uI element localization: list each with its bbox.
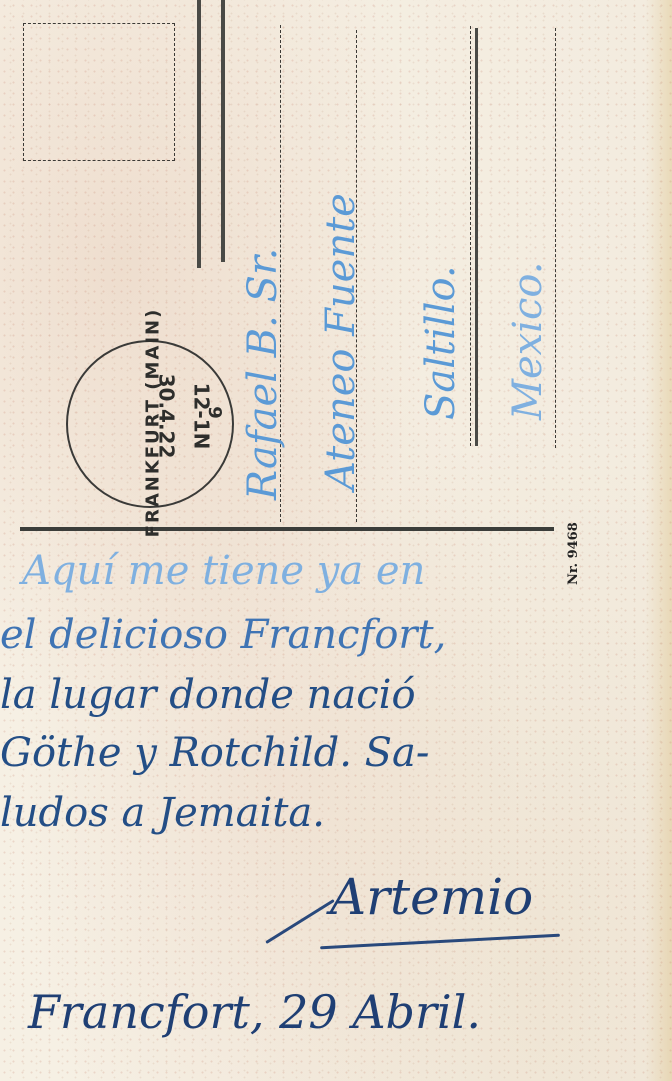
postmark: FRANKFURT (MAIN) 30.4.22 12-1N 9 <box>66 340 234 508</box>
message-line-5: ludos a Jemaita. <box>0 790 325 836</box>
serial-number: Nr. 9468 <box>566 522 581 585</box>
divider-line-left-1 <box>197 0 201 268</box>
address-line-3-solid <box>475 28 478 446</box>
signature: Artemio <box>330 868 533 926</box>
stamp-placement-box <box>23 23 175 161</box>
message-line-1: Aquí me tiene ya en <box>22 548 425 594</box>
postcard-back: FRANKFURT (MAIN) 30.4.22 12-1N 9 Nr. 946… <box>0 0 672 1081</box>
address-line-3 <box>470 26 471 446</box>
place-and-date: Francfort, 29 Abril. <box>28 985 481 1039</box>
address-line-institution: Ateneo Fuente <box>318 193 364 490</box>
message-line-2: el delicioso Francfort, <box>0 612 446 658</box>
message-line-3: la lugar donde nació <box>0 672 416 718</box>
horizontal-divider <box>20 527 554 531</box>
address-line-name: Rafael B. Sr. <box>240 248 286 500</box>
address-line-city: Saltillo. <box>418 265 464 420</box>
divider-line-left-2 <box>221 0 225 262</box>
address-line-4 <box>555 28 556 448</box>
postmark-sub-office: 9 <box>204 406 225 419</box>
address-line-country: Mexico. <box>505 262 551 420</box>
message-line-4: Göthe y Rotchild. Sa- <box>0 730 429 776</box>
postmark-date: 30.4.22 <box>154 374 178 459</box>
